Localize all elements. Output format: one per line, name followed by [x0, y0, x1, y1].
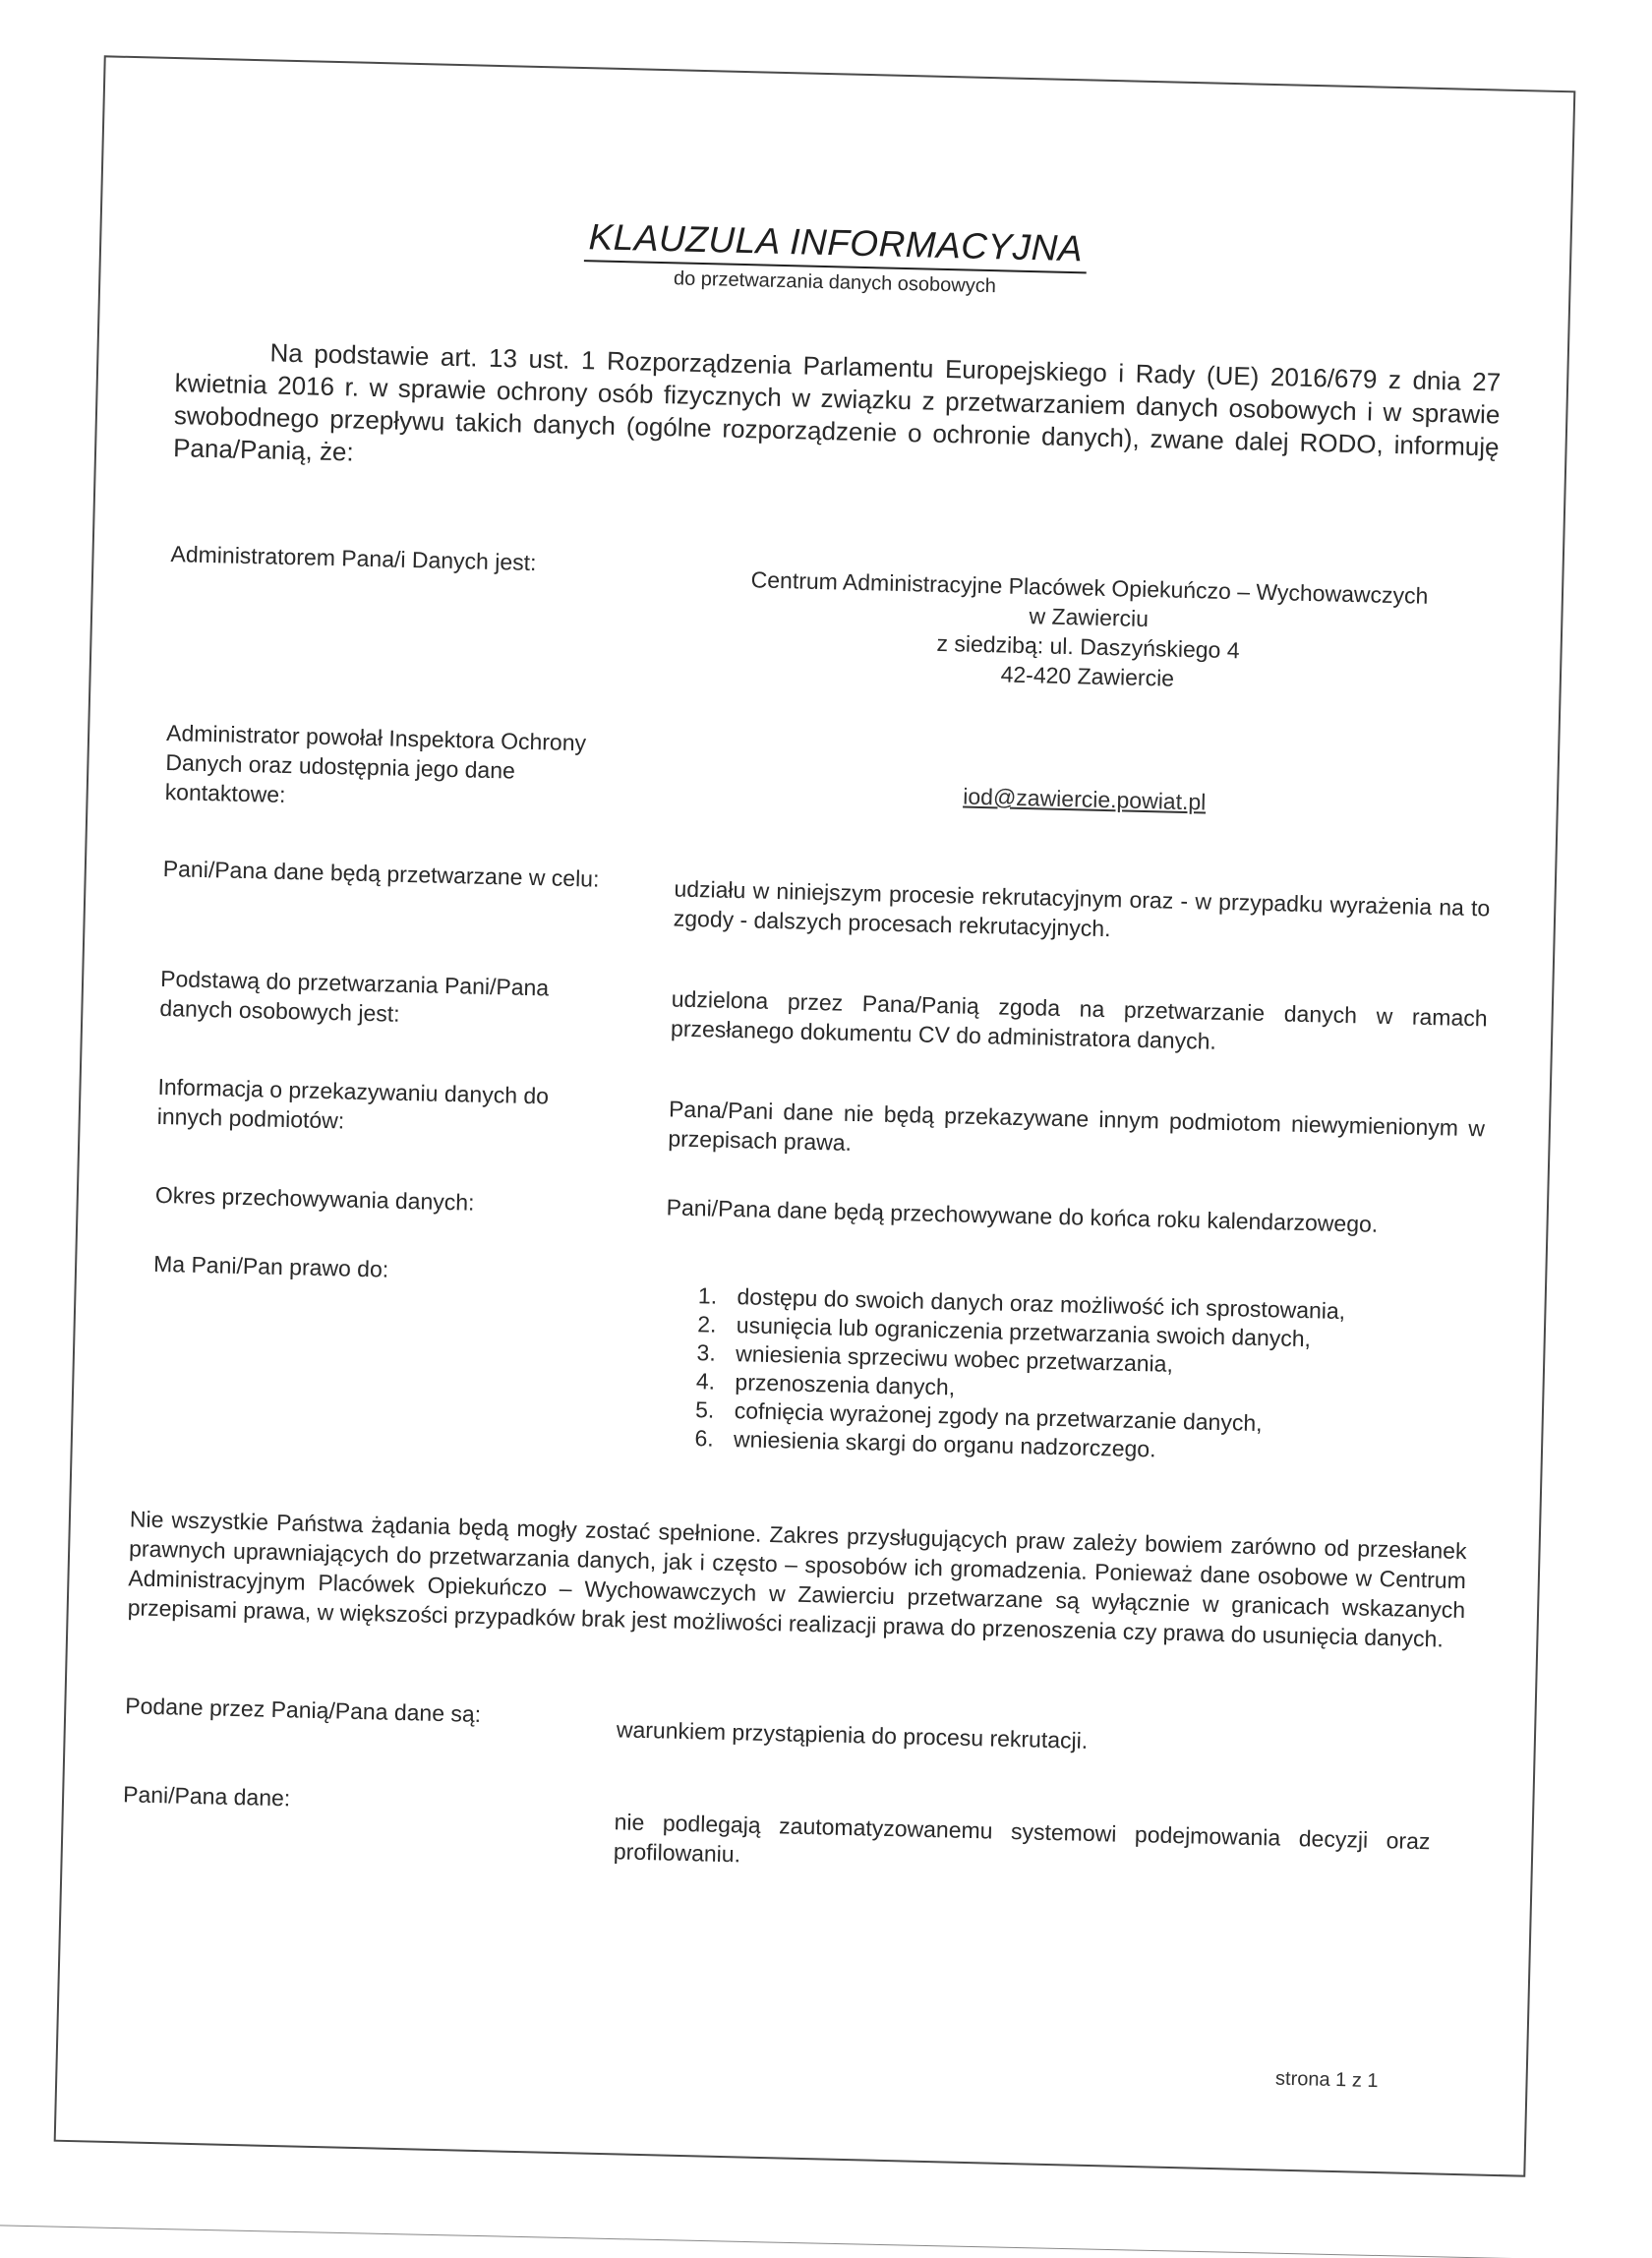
row-provision: Podane przez Panią/Pana dane są: warunki…	[126, 1691, 1463, 1723]
value-rights: dostępu do swoich danych oraz możliwość …	[661, 1280, 1481, 1471]
label-iod: Administrator powołał Inspektora Ochrony…	[164, 718, 638, 818]
document-page: KLAUZULA INFORMACYJNA do przetwarzania d…	[54, 55, 1576, 2176]
value-retention: Pani/Pana dane będą przechowywane do koń…	[666, 1192, 1482, 1241]
value-iod: iod@zawiercie.powiat.pl	[677, 775, 1493, 824]
label-basis: Podstawą do przetwarzania Pani/Pana dany…	[159, 964, 593, 1034]
row-basis: Podstawą do przetwarzania Pani/Pana dany…	[161, 964, 1499, 996]
row-iod: Administrator powołał Inspektora Ochrony…	[167, 718, 1504, 750]
document-title: KLAUZULA INFORMACYJNA	[584, 216, 1088, 273]
value-automation: nie podlegają zautomatyzowanemu systemow…	[614, 1807, 1431, 1885]
value-provision: warunkiem przystąpienia do procesu rekru…	[617, 1714, 1433, 1763]
label-administrator: Administratorem Pana/i Danych jest:	[170, 539, 633, 579]
label-automation: Pani/Pana dane:	[123, 1779, 586, 1819]
value-transfer: Pana/Pani dane nie będą przekazywane inn…	[668, 1094, 1485, 1172]
rights-note-paragraph: Nie wszystkie Państwa żądania będą mogły…	[127, 1504, 1466, 1654]
label-purpose: Pani/Pana dane będą przetwarzane w celu:	[163, 854, 656, 895]
row-purpose: Pani/Pana dane będą przetwarzane w celu:…	[163, 854, 1501, 886]
value-basis: udzielona przez Pana/Panią zgoda na prze…	[671, 983, 1488, 1062]
row-rights: Ma Pani/Pan prawo do: dostępu do swoich …	[154, 1249, 1492, 1281]
value-administrator: Centrum Administracyjne Placówek Opiekuń…	[679, 564, 1499, 701]
value-purpose: udziału w niniejszym procesie rekrutacyj…	[673, 873, 1490, 952]
info-table: Administratorem Pana/i Danych jest: Cent…	[183, 59, 1520, 91]
intro-text: Na podstawie art. 13 ust. 1 Rozporządzen…	[173, 337, 1502, 466]
page-number: strona 1 z 1	[1275, 2068, 1379, 2094]
row-retention: Okres przechowywania danych: Pani/Pana d…	[155, 1180, 1493, 1213]
title-block: KLAUZULA INFORMACYJNA do przetwarzania d…	[100, 205, 1569, 312]
rights-list: dostępu do swoich danych oraz możliwość …	[661, 1280, 1481, 1471]
info-table-2: Podane przez Panią/Pana dane są: warunki…	[183, 59, 1520, 91]
row-automation: Pani/Pana dane: nie podlegają zautomatyz…	[124, 1779, 1461, 1812]
row-administrator: Administratorem Pana/i Danych jest: Cent…	[171, 539, 1508, 571]
label-provision: Podane przez Panią/Pana dane są:	[125, 1691, 588, 1731]
label-rights: Ma Pani/Pan prawo do:	[153, 1249, 617, 1289]
iod-email-link[interactable]: iod@zawiercie.powiat.pl	[963, 784, 1207, 815]
intro-paragraph: Na podstawie art. 13 ust. 1 Rozporządzen…	[173, 334, 1502, 496]
label-retention: Okres przechowywania danych:	[155, 1180, 619, 1220]
row-transfer: Informacja o przekazywaniu danych do inn…	[158, 1072, 1496, 1104]
label-transfer: Informacja o przekazywaniu danych do inn…	[156, 1072, 590, 1142]
scan-edge-line	[0, 2225, 1652, 2258]
